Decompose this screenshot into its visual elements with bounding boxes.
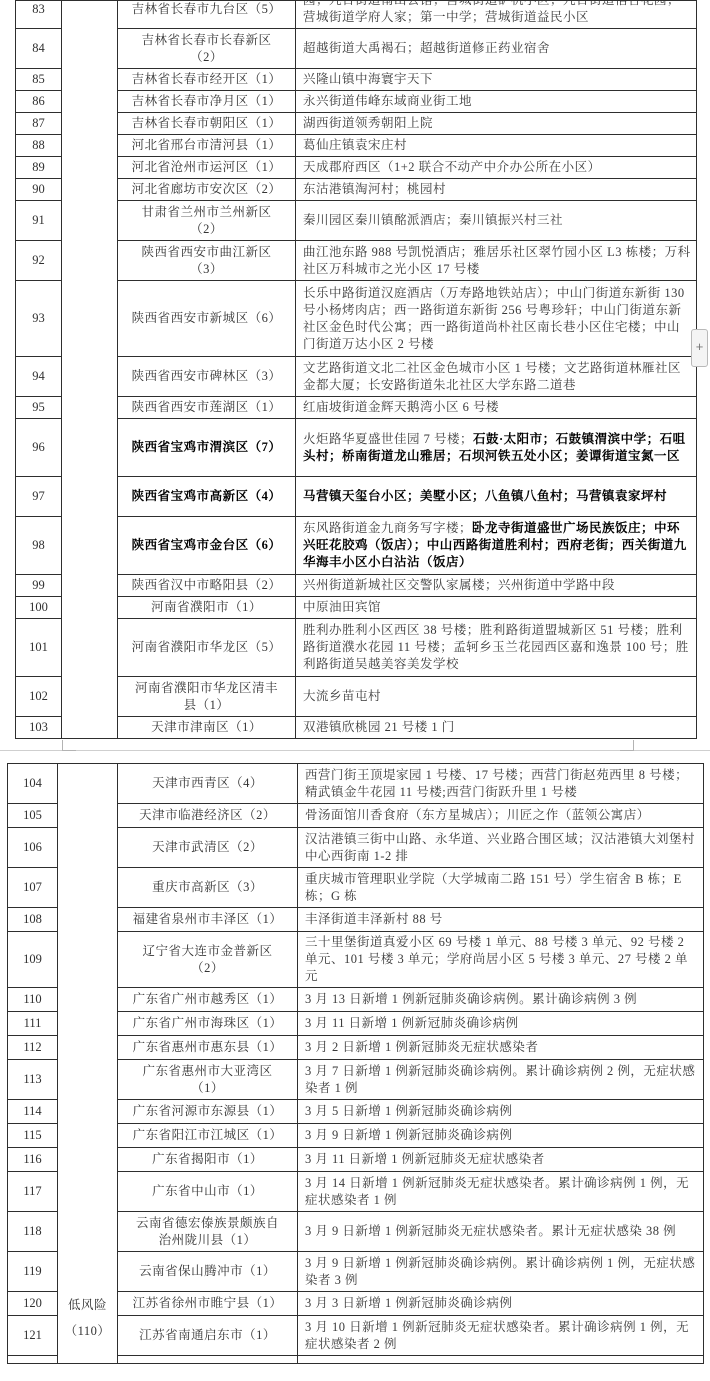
row-number-cell: 100: [16, 597, 62, 619]
detail-segment: 曲江池东路 988 号凯悦酒店；雅居乐社区翠竹园小区 L3 栋楼；万科社区万科城…: [303, 245, 691, 276]
detail-text: 重庆城市管理职业学院（大学城南二路 151 号）学生宿舍 B 栋；E 栋；G 栋: [305, 871, 699, 905]
region-cell: 重庆市高新区（3）: [118, 868, 298, 908]
row-number: 94: [16, 369, 61, 384]
region-name: 吉林省长春市净月区（1）: [118, 93, 295, 110]
table-row: 101河南省濮阳市华龙区（5）胜利办胜利小区西区 38 号楼；胜利路街道盟城新区…: [16, 619, 697, 677]
row-number: 83: [16, 2, 61, 17]
detail-cell: 3 月 9 日新增 1 例新冠肺炎确诊病例。累计确诊病例 1 例，无症状感染者 …: [298, 1252, 704, 1292]
region-cell: 广东省阳江市江城区（1）: [118, 1124, 298, 1148]
region-line: 广东省广州市海珠区（1）: [118, 1015, 297, 1032]
detail-cell: 秦川园区秦川镇酩派酒店；秦川镇振兴村三社: [296, 201, 697, 241]
row-number-cell: 116: [8, 1148, 58, 1172]
region-line: 河南省濮阳市华龙区（5）: [118, 639, 295, 656]
row-number: 87: [16, 116, 61, 131]
region-line: 江苏省徐州市睢宁县（1）: [118, 1295, 297, 1312]
row-number-cell: 88: [16, 135, 62, 157]
detail-segment: 东风路街道金九商务写字楼；: [303, 521, 472, 535]
table-row: 88河北省邢台市清河县（1）葛仙庄镇袁宋庄村: [16, 135, 697, 157]
detail-segment: 3 月 11 日新增 1 例新冠肺炎无症状感染者: [305, 1152, 545, 1166]
detail-segment: 3 月 2 日新增 1 例新冠肺炎无症状感染者: [305, 1040, 538, 1054]
region-cell: 河南省濮阳市华龙区（5）: [118, 619, 296, 677]
region-cell: 福建省泉州市丰泽区（1）: [118, 908, 298, 932]
detail-text: 3 月 9 日新增 1 例新冠肺炎无症状感染者。累计无症状感染 38 例: [305, 1223, 699, 1240]
detail-segment: 超越街道大禹褐石；超越街道修正药业宿舍: [303, 41, 550, 55]
row-number: 92: [16, 253, 61, 268]
detail-text: 马营镇天玺台小区；美墅小区；八鱼镇八鱼村；马营镇袁家坪村: [303, 488, 692, 505]
detail-cell: 马营镇天玺台小区；美墅小区；八鱼镇八鱼村；马营镇袁家坪村: [296, 477, 697, 517]
row-number-cell: 98: [16, 517, 62, 575]
region-cell: 河南省濮阳市华龙区清丰县（1）: [118, 677, 296, 717]
detail-cell: 园；九台街道南山公馆；营城街道矿机小区；九台街道信合花园；营城街道学府人家；第一…: [296, 1, 697, 29]
detail-text: 3 月 5 日新增 1 例新冠肺炎确诊病例: [305, 1103, 699, 1120]
detail-text: 园；九台街道南山公馆；营城街道矿机小区；九台街道信合花园；营城街道学府人家；第一…: [303, 1, 692, 27]
risk-level-cell: [62, 1, 118, 739]
region-name: 广东省广州市越秀区（1）: [118, 991, 297, 1008]
detail-text: 兴州街道新城社区交警队家属楼；兴州街道中学路中段: [303, 577, 692, 594]
detail-cell: 西营门街王顶堤家园 1 号楼、17 号楼；西营门街赵苑西里 8 号楼；精武镇金牛…: [298, 764, 704, 804]
row-number: 90: [16, 182, 61, 197]
row-number: 91: [16, 213, 61, 228]
detail-cell: 文艺路街道文北二社区金色城市小区 1 号楼；文艺路街道林雁社区金都大厦；长安路街…: [296, 357, 697, 397]
detail-segment: 丰泽街道丰泽新村 88 号: [305, 912, 443, 926]
detail-segment: 3 月 11 日新增 1 例新冠肺炎确诊病例: [305, 1016, 519, 1030]
detail-cell: 重庆城市管理职业学院（大学城南二路 151 号）学生宿舍 B 栋；E 栋；G 栋: [298, 868, 704, 908]
row-number-cell: 121: [8, 1316, 58, 1356]
detail-cell: 3 月 9 日新增 1 例新冠肺炎无症状感染者。累计无症状感染 38 例: [298, 1212, 704, 1252]
row-number: 118: [8, 1224, 57, 1239]
detail-text: 湖西街道领秀朝阳上院: [303, 115, 692, 132]
region-name: 河南省濮阳市华龙区清丰县（1）: [118, 680, 295, 714]
region-line: 广东省广州市越秀区（1）: [118, 991, 297, 1008]
region-line: 吉林省长春市经开区（1）: [118, 71, 295, 88]
detail-segment: 永兴街道伟峰东域商业街工地: [303, 94, 472, 108]
region-cell: 广东省揭阳市（1）: [118, 1148, 298, 1172]
detail-segment: 3 月 9 日新增 1 例新冠肺炎确诊病例: [305, 1128, 512, 1142]
detail-segment: 汉沽港镇三街中山路、永华道、兴业路合围区域；汉沽港镇大刘堡村中心西街南 1-2 …: [305, 832, 695, 863]
row-number: 103: [16, 720, 61, 735]
region-name: 河北省廊坊市安次区（2）: [118, 181, 295, 198]
region-cell: 河南省濮阳市（1）: [118, 597, 296, 619]
region-line: 河南省濮阳市（1）: [118, 599, 295, 616]
page-corner-mark-left: [62, 740, 76, 751]
region-line: 陕西省宝鸡市金台区（6）: [118, 537, 295, 554]
region-line: 陕西省西安市碑林区（3）: [118, 368, 295, 385]
detail-cell: 火炬路华夏盛世佳园 7 号楼；石鼓·太阳市；石鼓镇渭滨中学；石咀头村；桥南街道龙…: [296, 419, 697, 477]
region-line: 河南省濮阳市华龙区清丰: [118, 680, 295, 697]
region-name: 陕西省西安市碑林区（3）: [118, 368, 295, 385]
detail-segment: 重庆城市管理职业学院（大学城南二路 151 号）学生宿舍 B 栋；E 栋；G 栋: [305, 872, 682, 903]
table-row: 87吉林省长春市朝阳区（1）湖西街道领秀朝阳上院: [16, 113, 697, 135]
page-corner-mark-right: [620, 740, 634, 751]
row-number: 110: [8, 992, 57, 1007]
region-cell: 江苏省徐州市睢宁县（1）: [118, 1292, 298, 1316]
region-cell: 甘肃省兰州市兰州新区（2）: [118, 201, 296, 241]
detail-cell: [298, 1356, 704, 1364]
detail-text: 火炬路华夏盛世佳园 7 号楼；石鼓·太阳市；石鼓镇渭滨中学；石咀头村；桥南街道龙…: [303, 431, 692, 465]
row-number-cell: 103: [16, 717, 62, 739]
region-cell: 吉林省长春市九台区（5）: [118, 1, 296, 29]
row-number: 85: [16, 72, 61, 87]
region-name: 吉林省长春市九台区（5）: [118, 1, 295, 18]
region-name: 陕西省宝鸡市渭滨区（7）: [118, 439, 295, 456]
detail-text: 3 月 11 日新增 1 例新冠肺炎无症状感染者: [305, 1151, 699, 1168]
detail-text: 超越街道大禹褐石；超越街道修正药业宿舍: [303, 40, 692, 57]
region-name: 天津市西青区（4）: [118, 775, 297, 792]
detail-cell: 3 月 5 日新增 1 例新冠肺炎确诊病例: [298, 1100, 704, 1124]
region-line: （2）: [118, 221, 295, 238]
row-number-cell: 119: [8, 1252, 58, 1292]
table-row: 86吉林省长春市净月区（1）永兴街道伟峰东域商业街工地: [16, 91, 697, 113]
detail-segment: 3 月 9 日新增 1 例新冠肺炎确诊病例。累计确诊病例 1 例，无症状感染者 …: [305, 1256, 695, 1287]
detail-cell: 3 月 2 日新增 1 例新冠肺炎无症状感染者: [298, 1036, 704, 1060]
detail-segment: 胜利办胜利小区西区 38 号楼；胜利路街道盟城新区 51 号楼；胜利路街道濮水花…: [303, 623, 689, 671]
region-name: 福建省泉州市丰泽区（1）: [118, 911, 297, 928]
region-cell: 云南省保山腾冲市（1）: [118, 1252, 298, 1292]
region-name: 云南省保山腾冲市（1）: [118, 1263, 297, 1280]
region-name: 天津市武清区（2）: [118, 839, 297, 856]
detail-cell: 3 月 14 日新增 1 例新冠肺炎无症状感染者。累计确诊病例 1 例，无症状感…: [298, 1172, 704, 1212]
region-line: 辽宁省大连市金普新区: [118, 943, 297, 960]
region-cell: 陕西省西安市碑林区（3）: [118, 357, 296, 397]
region-cell: 陕西省西安市新城区（6）: [118, 281, 296, 357]
detail-cell: 3 月 7 日新增 1 例新冠肺炎确诊病例。累计确诊病例 2 例，无症状感染者 …: [298, 1060, 704, 1100]
detail-cell: 长乐中路街道汉庭酒店（万寿路地铁站店）；中山门街道东新街 130 号小杨烤肉店；…: [296, 281, 697, 357]
row-number: 108: [8, 912, 57, 927]
region-name: 广东省中山市（1）: [118, 1183, 297, 1200]
region-name: 云南省德宏傣族景颇族自治州陇川县（1）: [118, 1215, 297, 1249]
detail-text: 长乐中路街道汉庭酒店（万寿路地铁站店）；中山门街道东新街 130 号小杨烤肉店；…: [303, 285, 692, 353]
region-cell: 陕西省汉中市略阳县（2）: [118, 575, 296, 597]
detail-cell: 超越街道大禹褐石；超越街道修正药业宿舍: [296, 29, 697, 69]
detail-cell: 永兴街道伟峰东域商业街工地: [296, 91, 697, 113]
region-name: 广东省广州市海珠区（1）: [118, 1015, 297, 1032]
detail-segment: 西营门街王顶堤家园 1 号楼、17 号楼；西营门街赵苑西里 8 号楼；精武镇金牛…: [305, 768, 688, 799]
region-name: 甘肃省兰州市兰州新区（2）: [118, 204, 295, 238]
region-name: 吉林省长春市经开区（1）: [118, 71, 295, 88]
row-number: 106: [8, 840, 57, 855]
detail-cell: 胜利办胜利小区西区 38 号楼；胜利路街道盟城新区 51 号楼；胜利路街道濮水花…: [296, 619, 697, 677]
detail-segment: 3 月 13 日新增 1 例新冠肺炎确诊病例。累计确诊病例 3 例: [305, 992, 637, 1006]
region-name: 陕西省西安市新城区（6）: [118, 310, 295, 327]
region-line: 陕西省宝鸡市高新区（4）: [118, 488, 295, 505]
detail-cell: 东风路街道金九商务写字楼；卧龙寺街道盛世广场民族饭庄；中环兴旺花胶鸡（饭店）；中…: [296, 517, 697, 575]
detail-segment: 园；九台街道南山公馆；营城街道矿机小区；九台街道信合花园；营城街道学府人家；第一…: [303, 1, 680, 25]
detail-cell: 兴隆山镇中海寰宇天下: [296, 69, 697, 91]
row-number: 109: [8, 952, 57, 967]
detail-text: 3 月 9 日新增 1 例新冠肺炎确诊病例。累计确诊病例 1 例，无症状感染者 …: [305, 1255, 699, 1289]
region-cell: 天津市武清区（2）: [118, 828, 298, 868]
detail-text: 汉沽港镇三街中山路、永华道、兴业路合围区域；汉沽港镇大刘堡村中心西街南 1-2 …: [305, 831, 699, 865]
region-line: 江苏省南通启东市（1）: [118, 1327, 297, 1344]
region-name: 河南省濮阳市华龙区（5）: [118, 639, 295, 656]
region-cell: 天津市临港经济区（2）: [118, 804, 298, 828]
row-number: 105: [8, 808, 57, 823]
row-number-cell: 90: [16, 179, 62, 201]
detail-text: 秦川园区秦川镇酩派酒店；秦川镇振兴村三社: [303, 212, 692, 229]
region-line: 吉林省长春市长春新区: [118, 32, 295, 49]
region-line: 广东省阳江市江城区（1）: [118, 1127, 297, 1144]
detail-segment: 秦川园区秦川镇酩派酒店；秦川镇振兴村三社: [303, 213, 563, 227]
region-name: 江苏省徐州市睢宁县（1）: [118, 1295, 297, 1312]
row-number-cell: 113: [8, 1060, 58, 1100]
region-cell: 陕西省西安市曲江新区（3）: [118, 241, 296, 281]
row-number-cell: 114: [8, 1100, 58, 1124]
region-line: 河北省邢台市清河县（1）: [118, 137, 295, 154]
detail-cell: 东沽港镇淘河村；桃园村: [296, 179, 697, 201]
row-number: 100: [16, 600, 61, 615]
region-name: 河北省邢台市清河县（1）: [118, 137, 295, 154]
row-number-cell: 115: [8, 1124, 58, 1148]
detail-cell: 汉沽港镇三街中山路、永华道、兴业路合围区域；汉沽港镇大刘堡村中心西街南 1-2 …: [298, 828, 704, 868]
detail-text: 3 月 9 日新增 1 例新冠肺炎确诊病例: [305, 1127, 699, 1144]
row-number: 86: [16, 94, 61, 109]
table-row: 85吉林省长春市经开区（1）兴隆山镇中海寰宇天下: [16, 69, 697, 91]
detail-segment: 3 月 5 日新增 1 例新冠肺炎确诊病例: [305, 1104, 512, 1118]
region-line: （3）: [118, 261, 295, 278]
table-row: 94陕西省西安市碑林区（3）文艺路街道文北二社区金色城市小区 1 号楼；文艺路街…: [16, 357, 697, 397]
region-name: 广东省河源市东源县（1）: [118, 1103, 297, 1120]
region-line: 县（1）: [118, 697, 295, 714]
row-number-cell: 96: [16, 419, 62, 477]
table-row: 100河南省濮阳市（1）中原油田宾馆: [16, 597, 697, 619]
region-line: 云南省保山腾冲市（1）: [118, 1263, 297, 1280]
detail-text: 胜利办胜利小区西区 38 号楼；胜利路街道盟城新区 51 号楼；胜利路街道濮水花…: [303, 622, 692, 673]
detail-cell: 三十里堡街道真爱小区 69 号楼 1 单元、88 号楼 3 单元、92 号楼 2…: [298, 932, 704, 988]
detail-text: 西营门街王顶堤家园 1 号楼、17 号楼；西营门街赵苑西里 8 号楼；精武镇金牛…: [305, 767, 699, 801]
detail-text: 曲江池东路 988 号凯悦酒店；雅居乐社区翠竹园小区 L3 栋楼；万科社区万科城…: [303, 244, 692, 278]
row-number: 99: [16, 578, 61, 593]
detail-segment: 红庙坡街道金辉天鹅湾小区 6 号楼: [303, 400, 499, 414]
detail-text: 天成郡府西区（1+2 联合不动产中介办公所在小区）: [303, 159, 692, 176]
row-number: 95: [16, 400, 61, 415]
row-number: 104: [8, 776, 57, 791]
detail-segment: 葛仙庄镇袁宋庄村: [303, 138, 407, 152]
risk-level-count: （110）: [58, 1318, 117, 1344]
table-row: 96陕西省宝鸡市渭滨区（7）火炬路华夏盛世佳园 7 号楼；石鼓·太阳市；石鼓镇渭…: [16, 419, 697, 477]
row-number-cell: 107: [8, 868, 58, 908]
row-number-cell: 102: [16, 677, 62, 717]
region-cell: 河北省邢台市清河县（1）: [118, 135, 296, 157]
detail-segment: 3 月 10 日新增 1 例新冠肺炎无症状感染者。累计确诊病例 1 例，无症状感…: [305, 1320, 689, 1351]
region-cell: 广东省惠州市惠东县（1）: [118, 1036, 298, 1060]
region-cell: 天津市津南区（1）: [118, 717, 296, 739]
region-line: 吉林省长春市朝阳区（1）: [118, 115, 295, 132]
row-number-cell: 83: [16, 1, 62, 29]
region-line: 吉林省长春市九台区（5）: [118, 1, 295, 18]
row-number-cell: 89: [16, 157, 62, 179]
detail-cell: 湖西街道领秀朝阳上院: [296, 113, 697, 135]
region-line: 甘肃省兰州市兰州新区: [118, 204, 295, 221]
detail-cell: 3 月 11 日新增 1 例新冠肺炎确诊病例: [298, 1012, 704, 1036]
region-line: 天津市临港经济区（2）: [118, 807, 297, 824]
row-number-cell: 95: [16, 397, 62, 419]
row-number-cell: 94: [16, 357, 62, 397]
detail-segment: 天成郡府西区（1+2 联合不动产中介办公所在小区）: [303, 160, 601, 174]
row-number: 98: [16, 538, 61, 553]
row-number-cell: 105: [8, 804, 58, 828]
detail-segment: 火炬路华夏盛世佳园 7 号楼；: [303, 432, 473, 446]
table-row: 92陕西省西安市曲江新区（3）曲江池东路 988 号凯悦酒店；雅居乐社区翠竹园小…: [16, 241, 697, 281]
page-break-line: [0, 750, 710, 751]
region-line: 广东省惠州市大亚湾区: [118, 1063, 297, 1080]
region-line: （2）: [118, 960, 297, 977]
region-cell: 陕西省宝鸡市高新区（4）: [118, 477, 296, 517]
detail-text: 红庙坡街道金辉天鹅湾小区 6 号楼: [303, 399, 692, 416]
detail-cell: 天成郡府西区（1+2 联合不动产中介办公所在小区）: [296, 157, 697, 179]
region-name: 广东省惠州市大亚湾区（1）: [118, 1063, 297, 1097]
row-number-cell: 108: [8, 908, 58, 932]
detail-cell: 3 月 13 日新增 1 例新冠肺炎确诊病例。累计确诊病例 3 例: [298, 988, 704, 1012]
risk-area-table-page2: 104低风险（110）天津市西青区（4）西营门街王顶堤家园 1 号楼、17 号楼…: [7, 763, 704, 1364]
row-number-cell: 112: [8, 1036, 58, 1060]
detail-text: 3 月 10 日新增 1 例新冠肺炎无症状感染者。累计确诊病例 1 例，无症状感…: [305, 1319, 699, 1353]
detail-text: 双港镇欣桃园 21 号楼 1 门: [303, 719, 692, 736]
detail-text: 永兴街道伟峰东域商业街工地: [303, 93, 692, 110]
region-line: 吉林省长春市净月区（1）: [118, 93, 295, 110]
row-number: 93: [16, 311, 61, 326]
row-number: 116: [8, 1152, 57, 1167]
row-number-cell: 111: [8, 1012, 58, 1036]
detail-segment: 兴州街道新城社区交警队家属楼；兴州街道中学路中段: [303, 578, 615, 592]
row-number: 107: [8, 880, 57, 895]
row-number: 84: [16, 41, 61, 56]
region-name: 陕西省宝鸡市金台区（6）: [118, 537, 295, 554]
region-cell: 广东省广州市越秀区（1）: [118, 988, 298, 1012]
detail-cell: 中原油田宾馆: [296, 597, 697, 619]
region-name: 天津市津南区（1）: [118, 719, 295, 736]
table-row: 103天津市津南区（1）双港镇欣桃园 21 号楼 1 门: [16, 717, 697, 739]
detail-segment: 3 月 14 日新增 1 例新冠肺炎无症状感染者。累计确诊病例 1 例，无症状感…: [305, 1176, 689, 1207]
row-number: 113: [8, 1072, 57, 1087]
row-number: 89: [16, 160, 61, 175]
row-number-cell: 118: [8, 1212, 58, 1252]
row-number: 101: [16, 640, 61, 655]
region-cell: 天津市西青区（4）: [118, 764, 298, 804]
region-line: 天津市西青区（4）: [118, 775, 297, 792]
detail-segment: 文艺路街道文北二社区金色城市小区 1 号楼；文艺路街道林雁社区金都大厦；长安路街…: [303, 361, 681, 392]
detail-text: 骨汤面馆川香食府（东方星城店）；川匠之作（蓝领公寓店）: [305, 807, 699, 824]
detail-segment: 双港镇欣桃园 21 号楼 1 门: [303, 720, 455, 734]
region-name: 河北省沧州市运河区（1）: [118, 159, 295, 176]
detail-text: 东风路街道金九商务写字楼；卧龙寺街道盛世广场民族饭庄；中环兴旺花胶鸡（饭店）；中…: [303, 520, 692, 571]
detail-segment: 骨汤面馆川香食府（东方星城店）；川匠之作（蓝领公寓店）: [305, 808, 650, 822]
region-line: 陕西省宝鸡市渭滨区（7）: [118, 439, 295, 456]
region-name: 广东省惠州市惠东县（1）: [118, 1039, 297, 1056]
table-row: 97陕西省宝鸡市高新区（4）马营镇天玺台小区；美墅小区；八鱼镇八鱼村；马营镇袁家…: [16, 477, 697, 517]
row-number-cell: 84: [16, 29, 62, 69]
row-number: 111: [8, 1016, 57, 1031]
table-row: 102河南省濮阳市华龙区清丰县（1）大流乡苗屯村: [16, 677, 697, 717]
region-cell: 吉林省长春市经开区（1）: [118, 69, 296, 91]
row-number-cell: 104: [8, 764, 58, 804]
detail-text: 3 月 7 日新增 1 例新冠肺炎确诊病例。累计确诊病例 2 例，无症状感染者 …: [305, 1063, 699, 1097]
detail-cell: 曲江池东路 988 号凯悦酒店；雅居乐社区翠竹园小区 L3 栋楼；万科社区万科城…: [296, 241, 697, 281]
detail-text: 3 月 2 日新增 1 例新冠肺炎无症状感染者: [305, 1039, 699, 1056]
table-row: 93陕西省西安市新城区（6）长乐中路街道汉庭酒店（万寿路地铁站店）；中山门街道东…: [16, 281, 697, 357]
detail-text: 文艺路街道文北二社区金色城市小区 1 号楼；文艺路街道林雁社区金都大厦；长安路街…: [303, 360, 692, 394]
detail-text: 三十里堡街道真爱小区 69 号楼 1 单元、88 号楼 3 单元、92 号楼 2…: [305, 934, 699, 985]
row-number-cell: 106: [8, 828, 58, 868]
region-line: 广东省揭阳市（1）: [118, 1151, 297, 1168]
table-row: 104低风险（110）天津市西青区（4）西营门街王顶堤家园 1 号楼、17 号楼…: [8, 764, 704, 804]
region-line: （1）: [118, 1080, 297, 1097]
region-name: 陕西省西安市莲湖区（1）: [118, 399, 295, 416]
risk-level-label: 低风险（110）: [58, 1292, 117, 1344]
table-row: 99陕西省汉中市略阳县（2）兴州街道新城社区交警队家属楼；兴州街道中学路中段: [16, 575, 697, 597]
region-line: 天津市武清区（2）: [118, 839, 297, 856]
detail-cell: 葛仙庄镇袁宋庄村: [296, 135, 697, 157]
row-number-cell: 97: [16, 477, 62, 517]
table-row: 83吉林省长春市九台区（5）园；九台街道南山公馆；营城街道矿机小区；九台街道信合…: [16, 1, 697, 29]
region-cell: 广东省惠州市大亚湾区（1）: [118, 1060, 298, 1100]
region-cell: 陕西省宝鸡市金台区（6）: [118, 517, 296, 575]
row-number-cell: 109: [8, 932, 58, 988]
row-number-cell: 110: [8, 988, 58, 1012]
row-number: 97: [16, 489, 61, 504]
region-name: 陕西省汉中市略阳县（2）: [118, 577, 295, 594]
region-cell: 云南省德宏傣族景颇族自治州陇川县（1）: [118, 1212, 298, 1252]
detail-text: 丰泽街道丰泽新村 88 号: [305, 911, 699, 928]
region-name: 天津市临港经济区（2）: [118, 807, 297, 824]
detail-segment: 3 月 7 日新增 1 例新冠肺炎确诊病例。累计确诊病例 2 例，无症状感染者 …: [305, 1064, 695, 1095]
region-cell: 广东省广州市海珠区（1）: [118, 1012, 298, 1036]
region-cell: 吉林省长春市净月区（1）: [118, 91, 296, 113]
row-number: 114: [8, 1104, 57, 1119]
row-number-cell: 101: [16, 619, 62, 677]
row-number-cell: 93: [16, 281, 62, 357]
row-number-cell: [8, 1356, 58, 1364]
region-line: （2）: [118, 49, 295, 66]
detail-text: 3 月 13 日新增 1 例新冠肺炎确诊病例。累计确诊病例 3 例: [305, 991, 699, 1008]
row-number: 117: [8, 1184, 57, 1199]
region-name: 辽宁省大连市金普新区（2）: [118, 943, 297, 977]
detail-text: 中原油田宾馆: [303, 599, 692, 616]
detail-segment: 马营镇天玺台小区；美墅小区；八鱼镇八鱼村；马营镇袁家坪村: [303, 489, 667, 503]
region-line: 河北省廊坊市安次区（2）: [118, 181, 295, 198]
region-line: 福建省泉州市丰泽区（1）: [118, 911, 297, 928]
table-row: 90河北省廊坊市安次区（2）东沽港镇淘河村；桃园村: [16, 179, 697, 201]
detail-cell: 3 月 11 日新增 1 例新冠肺炎无症状感染者: [298, 1148, 704, 1172]
detail-cell: 红庙坡街道金辉天鹅湾小区 6 号楼: [296, 397, 697, 419]
region-name: 吉林省长春市朝阳区（1）: [118, 115, 295, 132]
region-line: 陕西省汉中市略阳县（2）: [118, 577, 295, 594]
region-cell: 河北省沧州市运河区（1）: [118, 157, 296, 179]
row-number: 112: [8, 1040, 57, 1055]
row-number: 102: [16, 689, 61, 704]
region-name: 河南省濮阳市（1）: [118, 599, 295, 616]
row-number-cell: 87: [16, 113, 62, 135]
detail-segment: 兴隆山镇中海寰宇天下: [303, 72, 433, 86]
row-number: 120: [8, 1296, 57, 1311]
region-cell: 广东省河源市东源县（1）: [118, 1100, 298, 1124]
region-cell: [118, 1356, 298, 1364]
region-name: 陕西省西安市曲江新区（3）: [118, 244, 295, 278]
row-number-cell: 92: [16, 241, 62, 281]
region-line: 河北省沧州市运河区（1）: [118, 159, 295, 176]
region-cell: 辽宁省大连市金普新区（2）: [118, 932, 298, 988]
region-cell: 吉林省长春市朝阳区（1）: [118, 113, 296, 135]
row-number-cell: 120: [8, 1292, 58, 1316]
detail-segment: 中原油田宾馆: [303, 600, 381, 614]
region-name: 江苏省南通启东市（1）: [118, 1327, 297, 1344]
region-cell: 陕西省宝鸡市渭滨区（7）: [118, 419, 296, 477]
detail-cell: 双港镇欣桃园 21 号楼 1 门: [296, 717, 697, 739]
row-number: 96: [16, 440, 61, 455]
region-name: 重庆市高新区（3）: [118, 879, 297, 896]
region-line: 重庆市高新区（3）: [118, 879, 297, 896]
row-number: 88: [16, 138, 61, 153]
zoom-in-button[interactable]: +: [691, 329, 708, 367]
